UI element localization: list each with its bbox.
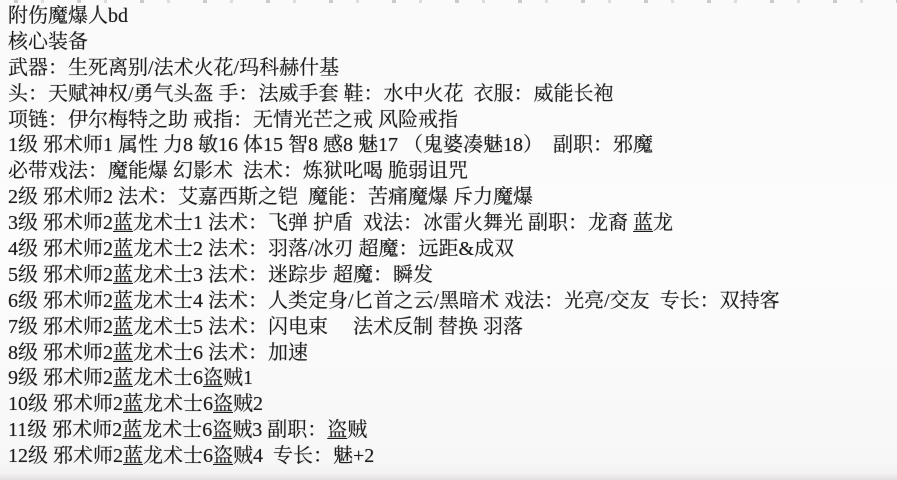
underlined-char: 蓝 [113,316,133,338]
text-segment: 核心装备 [8,31,88,53]
level-8: 8级 邪术师2蓝龙术士6 法术：加速 [8,341,895,367]
text-segment: 10级 邪术师2 [8,393,123,415]
underlined-char: 蓝 [123,393,143,415]
text-segment: 龙术士6 [143,445,213,467]
underlined-char: 蓝 [123,445,143,467]
level-4: 4级 邪术师2蓝龙术士2 法术：羽落/冰刃 超魔：远距&成双 [8,237,895,263]
text-segment: 武器：生死离别/法术火花/玛科赫什基 [8,57,339,79]
text-segment: 7级 邪术师2 [8,316,113,338]
text-segment: 贼 [347,419,367,441]
underlined-char: 盗 [203,367,223,389]
gear-amulet-rings: 项链：伊尔梅特之助 戒指：无情光芒之戒 风险戒指 [8,108,895,134]
underlined-char: 蓝 [122,419,142,441]
level-5: 5级 邪术师2蓝龙术士3 法术：迷踪步 超魔：瞬发 [8,263,895,289]
level-10: 10级 邪术师2蓝龙术士6盗贼2 [8,392,895,418]
bottom-edge-shade [0,473,897,480]
level-3: 3级 邪术师2蓝龙术士1 法术：飞弹 护盾 戏法：冰雷火舞光 副职：龙裔 蓝龙 [8,211,895,237]
text-segment: 龙术士6 法术：加速 [133,342,308,364]
text-segment: 龙术士1 法术：飞弹 护盾 戏法：冰雷火舞光 副职：龙裔 [133,212,633,234]
build-document: 附伤魔爆人bd核心装备武器：生死离别/法术火花/玛科赫什基头：天赋神权/勇气头盔… [8,4,895,470]
text-segment: 龙术士2 法术：羽落/冰刃 超魔：远距&成双 [133,238,514,260]
level-7: 7级 邪术师2蓝龙术士5 法术：闪电束 法术反制 替换 羽落 [8,315,895,341]
gear-weapon: 武器：生死离别/法术火花/玛科赫什基 [8,56,895,82]
text-segment: 龙术士6 [143,393,213,415]
text-segment: 3级 邪术师2 [8,212,113,234]
text-segment: 4级 邪术师2 [8,238,113,260]
level-1-cantrips: 必带戏法：魔能爆 幻影术 法术：炼狱叱喝 脆弱诅咒 [8,159,895,185]
text-segment: 贼1 [223,367,253,389]
level-12: 12级 邪术师2蓝龙术士6盗贼4 专长：魅+2 [8,444,895,470]
underlined-char: 蓝 [113,264,133,286]
text-segment: 龙术士5 法术：闪电束 法术反制 替换 羽落 [133,316,523,338]
text-segment: 12级 邪术师2 [8,445,123,467]
text-segment: 6级 邪术师2 [8,290,113,312]
level-11: 11级 邪术师2蓝龙术士6盗贼3 副职：盗贼 [8,418,895,444]
text-segment: 必带戏法：魔能爆 幻影术 法术：炼狱叱喝 脆弱诅咒 [8,160,468,182]
text-segment: 龙术士6 [133,367,203,389]
text-segment: 2级 邪术师2 法术：艾嘉西斯之铠 魔能：苦痛魔爆 斥力魔爆 [8,186,533,208]
level-6: 6级 邪术师2蓝龙术士4 法术：人类定身/匕首之云/黑暗术 戏法：光亮/交友 专… [8,289,895,315]
underlined-char: 盗 [327,419,347,441]
text-segment: 附伤魔爆人bd [8,5,128,27]
underlined-char: 盗 [212,419,232,441]
text-segment: 龙术士6 [142,419,212,441]
text-segment: 龙术士3 法术：迷踪步 超魔：瞬发 [133,264,433,286]
underlined-char: 蓝 [113,342,133,364]
underlined-char: 蓝 [113,212,133,234]
text-segment: 龙术士4 法术：人类定身/匕首之云/黑暗术 戏法：光亮/交友 专长：双持客 [133,290,780,312]
text-segment: 龙 [653,212,673,234]
build-title: 附伤魔爆人bd [8,4,895,30]
underlined-char: 盗 [213,393,233,415]
text-segment: 贼4 专长：魅+2 [233,445,374,467]
document-page: 附伤魔爆人bd核心装备武器：生死离别/法术火花/玛科赫什基头：天赋神权/勇气头盔… [0,0,897,480]
underlined-char: 蓝 [113,238,133,260]
level-9: 9级 邪术师2蓝龙术士6盗贼1 [8,366,895,392]
text-segment: 9级 邪术师2 [8,367,113,389]
level-1: 1级 邪术师1 属性 力8 敏16 体15 智8 感8 魅17 （鬼婆凑魅18）… [8,133,895,159]
top-crop-artifact [0,0,897,3]
text-segment: 1级 邪术师1 属性 力8 敏16 体15 智8 感8 魅17 （鬼婆凑魅18）… [8,134,653,156]
underlined-char: 蓝 [113,290,133,312]
underlined-char: 蓝 [633,212,653,234]
text-segment: 5级 邪术师2 [8,264,113,286]
text-segment: 贼2 [233,393,263,415]
text-segment: 8级 邪术师2 [8,342,113,364]
text-segment: 11级 邪术师2 [8,419,122,441]
section-core-gear: 核心装备 [8,30,895,56]
text-segment: 项链：伊尔梅特之助 戒指：无情光芒之戒 风险戒指 [8,109,458,131]
underlined-char: 蓝 [113,367,133,389]
level-2: 2级 邪术师2 法术：艾嘉西斯之铠 魔能：苦痛魔爆 斥力魔爆 [8,185,895,211]
gear-head-hand-boot: 头：天赋神权/勇气头盔 手：法威手套 鞋：水中火花 衣服：威能长袍 [8,82,895,108]
underlined-char: 盗 [213,445,233,467]
text-segment: 头：天赋神权/勇气头盔 手：法威手套 鞋：水中火花 衣服：威能长袍 [8,83,614,105]
text-segment: 贼3 副职： [232,419,327,441]
